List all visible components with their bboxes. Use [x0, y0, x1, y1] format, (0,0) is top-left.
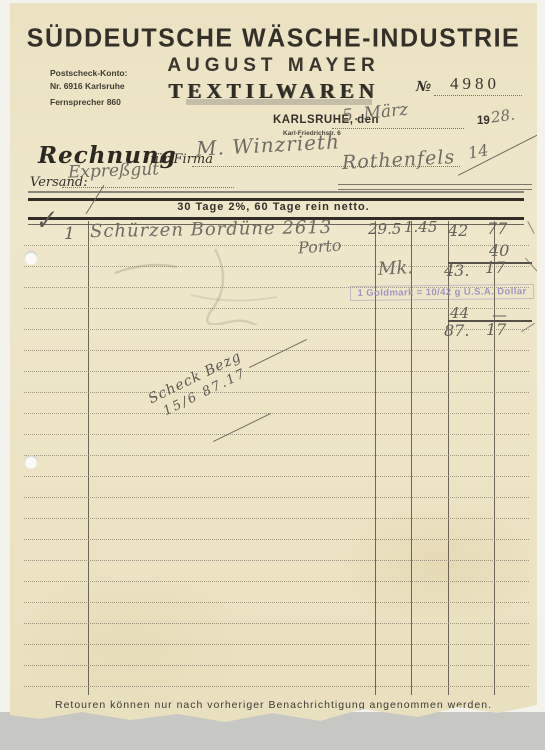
versand-underline [62, 187, 234, 188]
destination-name: Rothenfels [342, 146, 456, 174]
item-amount-pfennig: 77 [487, 219, 507, 238]
item-amount-mark: 42 [448, 221, 468, 240]
row-line [24, 455, 529, 456]
row-line [24, 539, 529, 540]
date-underline [332, 128, 464, 129]
divider-rule-top [28, 191, 524, 201]
postal-account-info: Postscheck-Konto: Nr. 6916 Karlsruhe Fer… [50, 67, 127, 108]
row-line [24, 581, 529, 582]
company-name: SÜDDEUTSCHE WÄSCHE-INDUSTRIE [10, 23, 537, 53]
pencil-flourish [521, 323, 535, 332]
punch-hole [24, 251, 38, 265]
phone-info: Fernsprecher 860 [50, 96, 127, 109]
row-line [24, 644, 529, 645]
destination-underline [338, 184, 532, 190]
total-mark: 87. [444, 321, 469, 340]
invoice-number-label: № [416, 79, 431, 95]
versand-value: Expreßgut [68, 159, 160, 182]
row-line [24, 518, 529, 519]
subtotal-mark: 43. [444, 261, 469, 280]
note-diagonal-stroke [213, 413, 271, 442]
invoice-number-underline [434, 95, 522, 96]
punch-hole [24, 455, 38, 469]
row-line [24, 602, 529, 603]
goldmark-stamp: 1 Goldmark = 10/42 g U.S.A. Dollar [350, 284, 534, 301]
row-line [24, 686, 529, 687]
item-unit-price: 1.45 [404, 218, 437, 236]
item-quantity: 29.5 [368, 220, 401, 238]
pencil-tick [527, 221, 534, 234]
subtotal-pfennig: 17 [485, 258, 505, 277]
check-mark: ✓ [32, 205, 58, 238]
customer-name: M. Winzrieth [195, 129, 340, 161]
row-line [24, 434, 529, 435]
postscheck-number: Nr. 6916 Karlsruhe [50, 80, 127, 93]
handwritten-year: 28. [490, 105, 516, 126]
row-line [24, 560, 529, 561]
scanner-background [0, 712, 545, 750]
invoice-number: 4980 [450, 74, 500, 94]
row-line [24, 476, 529, 477]
row-line [24, 497, 529, 498]
invoice-paper: SÜDDEUTSCHE WÄSCHE-INDUSTRIE AUGUST MAYE… [10, 3, 537, 726]
total-pfennig: 17 [486, 320, 506, 339]
row-line [24, 623, 529, 624]
pencil-note: Scheck Bezg 15/6 87.17 [146, 348, 252, 422]
row-line [24, 392, 529, 393]
row-line [24, 665, 529, 666]
row-line [24, 350, 529, 351]
currency-label: Mk. [377, 257, 413, 280]
year-printed: 19 [477, 115, 490, 127]
row-line [24, 371, 529, 372]
note-diagonal-stroke [249, 339, 307, 368]
row-line [24, 413, 529, 414]
footer-note: Retouren können nur nach vorheriger Bena… [10, 699, 537, 711]
postscheck-label: Postscheck-Konto: [50, 67, 127, 80]
position-number: 1 [64, 224, 75, 244]
faint-pencil-scribble [95, 235, 305, 325]
